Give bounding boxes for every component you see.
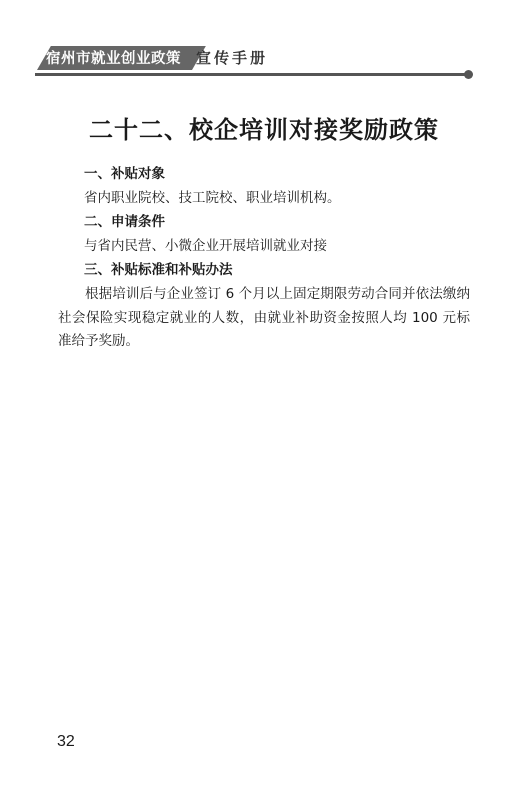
page-title: 二十二、校企培训对接奖励政策 xyxy=(0,110,528,145)
header-banner-label: 宿州市就业创业政策 xyxy=(46,47,181,71)
section-body-1: 省内职业院校、技工院校、职业培训机构。 xyxy=(84,187,341,209)
section-body-2: 与省内民营、小微企业开展培训就业对接 xyxy=(84,235,327,257)
section-body-3: 根据培训后与企业签订 6 个月以上固定期限劳动合同并依法缴纳社会保险实现稳定就业… xyxy=(58,283,470,354)
header-divider xyxy=(35,73,467,76)
header-divider-dot-icon xyxy=(464,70,473,79)
header-subtitle: 宣传手册 xyxy=(196,46,268,70)
section-heading-3: 三、补贴标准和补贴办法 xyxy=(84,259,233,281)
page-number: 32 xyxy=(57,733,75,751)
section-heading-2: 二、申请条件 xyxy=(84,211,165,233)
section-heading-1: 一、补贴对象 xyxy=(84,163,165,185)
